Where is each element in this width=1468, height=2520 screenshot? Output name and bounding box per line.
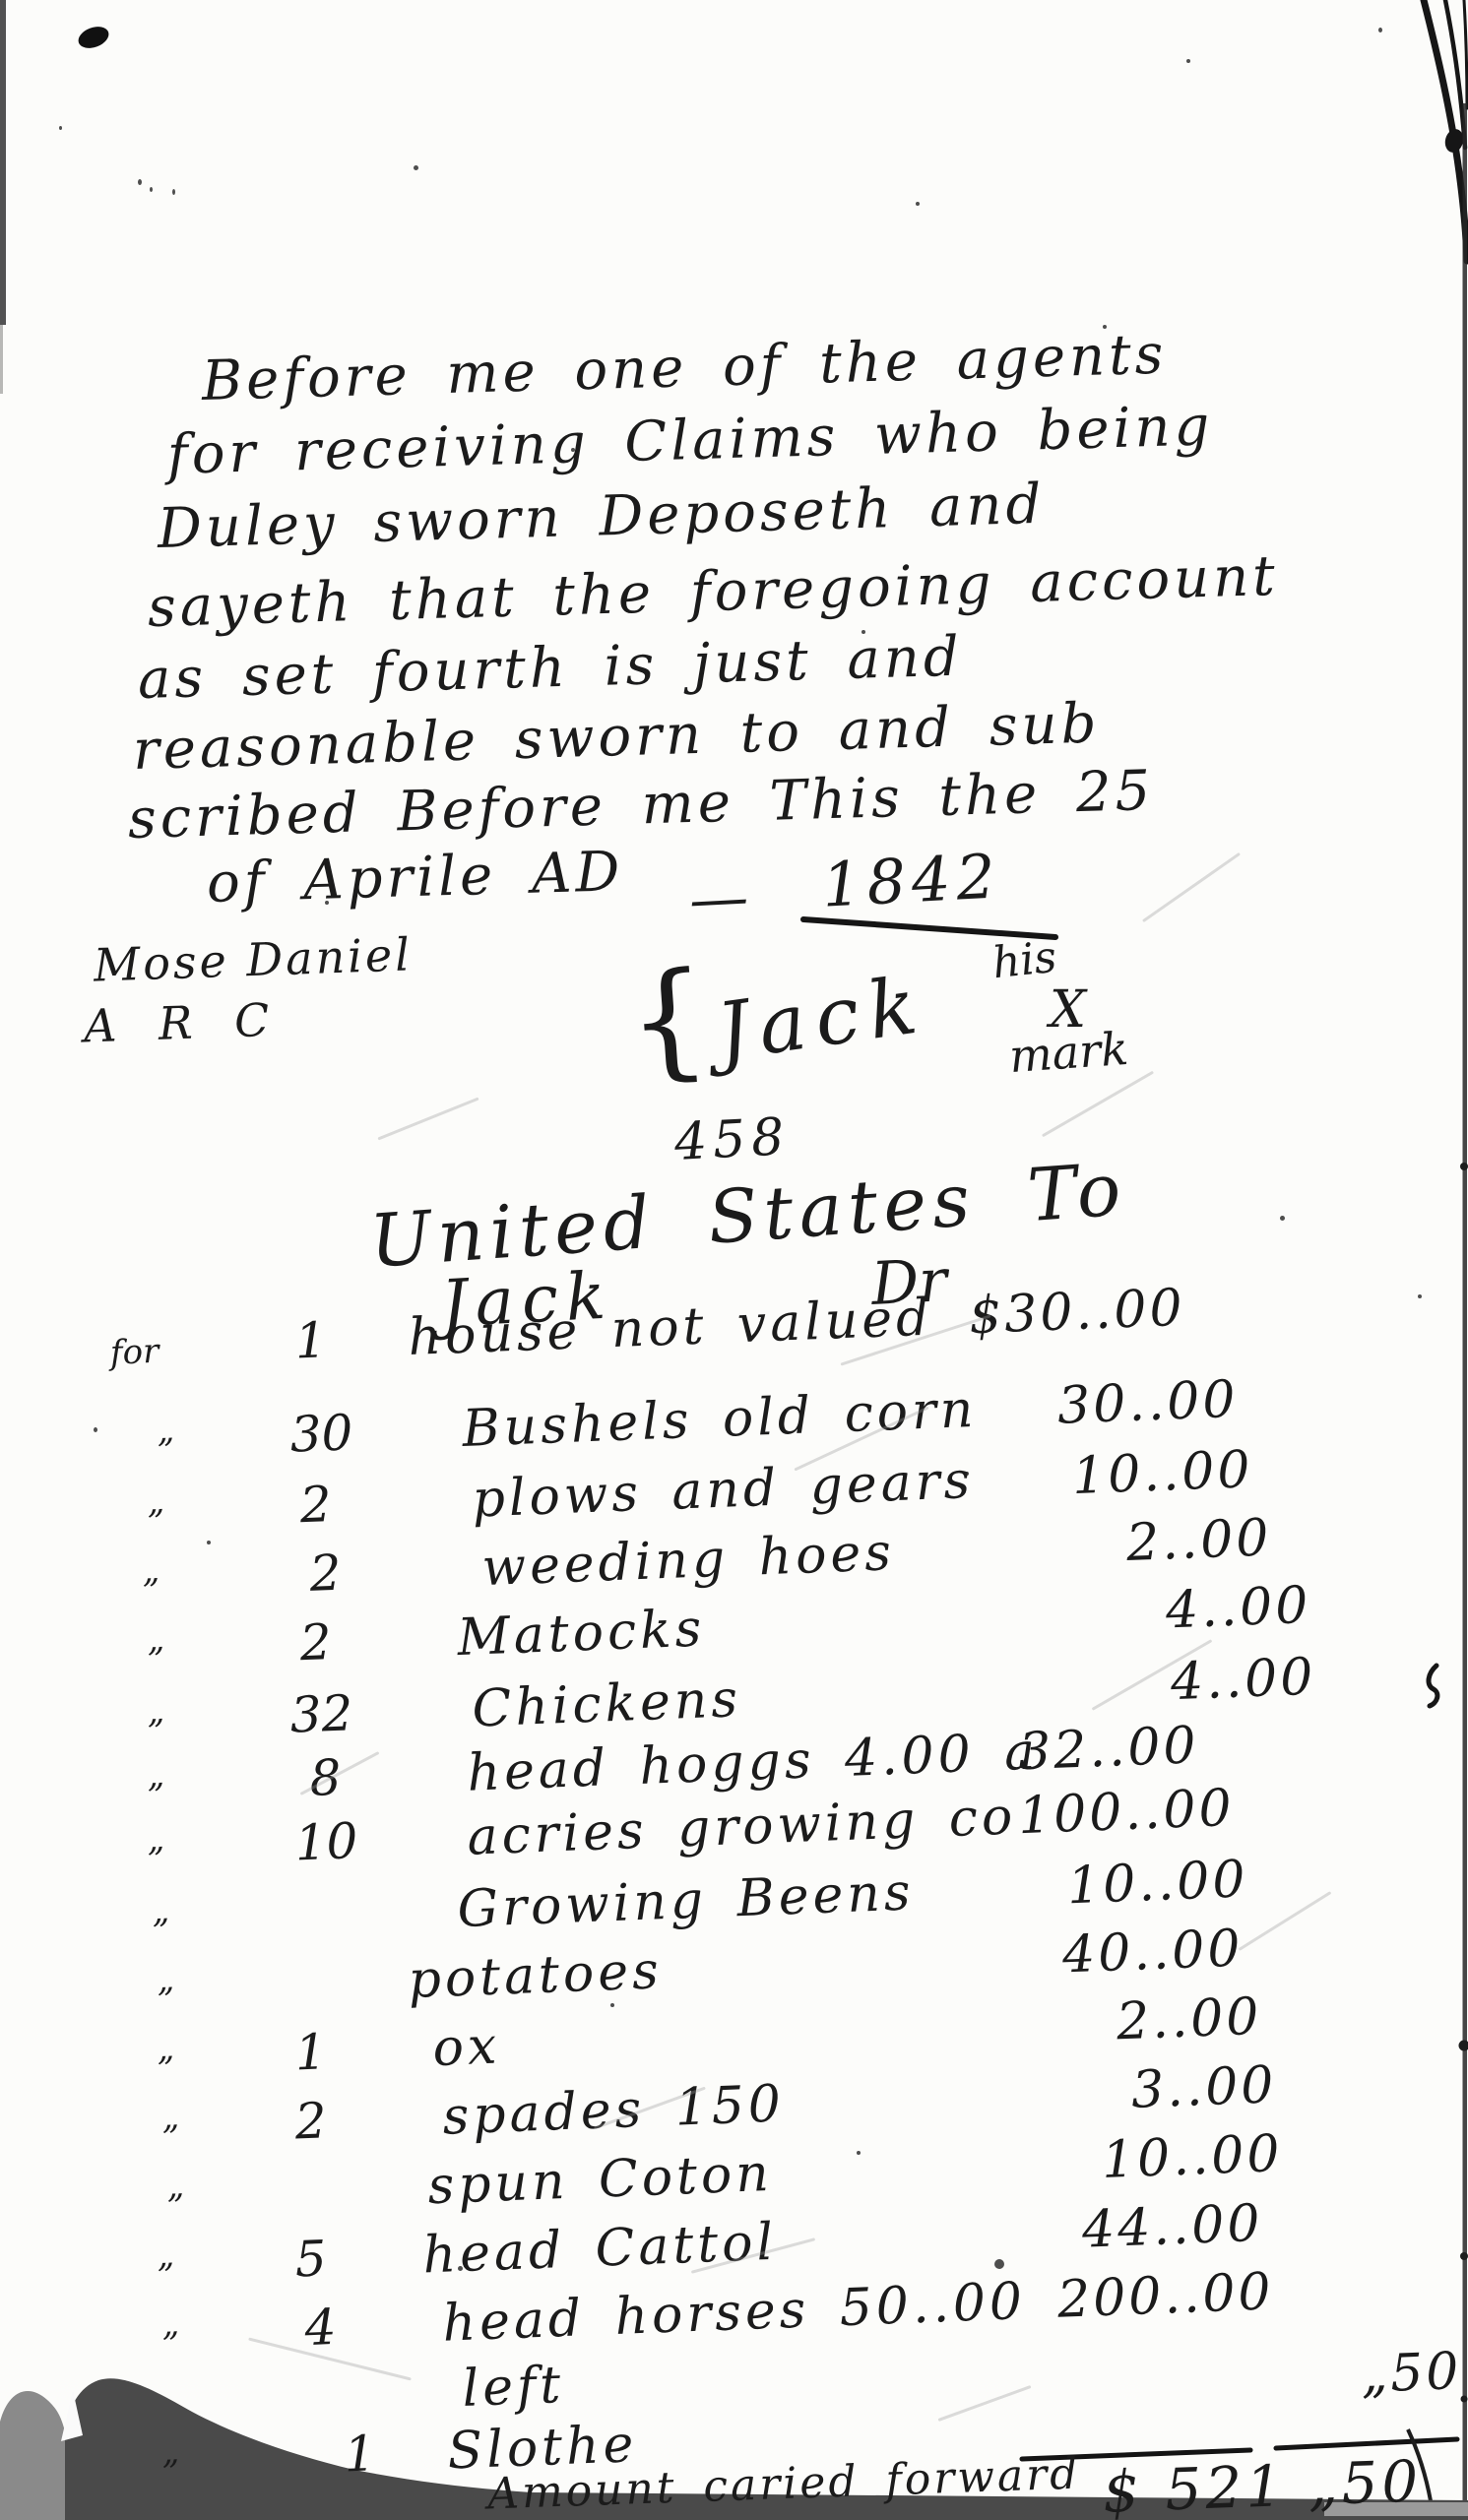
row-quantity: 1	[294, 2023, 328, 2081]
ink-speck	[862, 630, 865, 634]
row-quantity: 10	[294, 1812, 359, 1871]
page-curl-artifact	[1424, 0, 1467, 261]
row-marker: „	[147, 1482, 165, 1523]
row-description: head Cattol	[421, 2213, 778, 2286]
ink-speck	[59, 126, 62, 130]
row-quantity: 30	[289, 1404, 354, 1463]
row-marker: „	[147, 1692, 165, 1732]
ink-speck	[172, 189, 175, 195]
ink-speck	[965, 1472, 969, 1476]
row-value: 10..00	[1071, 1440, 1254, 1506]
date-year: 1842	[820, 840, 1002, 920]
ink-speck	[94, 1427, 97, 1432]
ink-speck	[458, 2266, 463, 2271]
ink-speck	[138, 179, 142, 185]
ink-speck	[857, 2151, 861, 2155]
ink-speck	[610, 2003, 614, 2007]
row-quantity: 32	[289, 1684, 354, 1743]
left-edge-artifact	[0, 0, 6, 325]
ink-speck	[1186, 59, 1190, 63]
row-description: ox	[431, 2016, 501, 2078]
row-value: 30..00	[1056, 1370, 1240, 1436]
date-dash: —	[687, 862, 750, 934]
ink-speck	[1378, 28, 1382, 32]
mark-label: mark	[1007, 1022, 1129, 1083]
row-description: spun Coton	[426, 2144, 773, 2216]
row-marker: „	[161, 2304, 180, 2345]
ink-speck	[150, 187, 153, 192]
ink-speck	[1280, 1216, 1285, 1221]
agent-signature: Mose Daniel	[93, 927, 414, 991]
row-description: Matocks	[456, 1600, 706, 1669]
row-value: 2..00	[1116, 1987, 1263, 2052]
row-marker: „	[142, 1551, 160, 1592]
row-marker: for	[109, 1332, 160, 1373]
row-marker: „	[157, 1960, 175, 2000]
row-value: 10..00	[1066, 1850, 1249, 1916]
ink-speck	[916, 202, 920, 206]
signature-brace: {	[623, 944, 714, 1096]
row-quantity: 1	[344, 2425, 377, 2483]
row-marker: „	[147, 1756, 165, 1796]
row-marker: „	[157, 1411, 175, 1451]
row-quantity: 2	[299, 1476, 333, 1534]
row-value: $30..00	[968, 1279, 1186, 1346]
ink-blob	[76, 23, 112, 52]
row-description: potatoes	[407, 1941, 663, 2010]
row-marker: „	[161, 2432, 180, 2473]
row-marker: „	[152, 1891, 170, 1931]
row-value: 200..00	[1056, 2262, 1275, 2329]
row-description: left	[461, 2356, 565, 2419]
row-value: 32..00	[1017, 1716, 1200, 1782]
row-value: 44..00	[1081, 2194, 1264, 2260]
row-description: Chickens	[471, 1669, 742, 1738]
ink-speck	[207, 1541, 211, 1544]
row-marker: „	[166, 2167, 185, 2207]
row-marker: „	[157, 2236, 175, 2276]
ink-speck	[1103, 325, 1107, 329]
row-value: 2..00	[1125, 1508, 1273, 1573]
ink-speck	[1418, 1294, 1422, 1298]
total-value: $ 521 „50	[1102, 2447, 1424, 2520]
row-value: „50	[1360, 2342, 1462, 2405]
row-value: 4..00	[1165, 1576, 1312, 1641]
row-marker: „	[147, 1620, 165, 1661]
claim-number: 458	[673, 1107, 792, 1172]
year-underline	[803, 919, 1055, 937]
scanned-document-page: Before me one of the agents for receivin…	[0, 0, 1468, 2520]
row-value: 10..00	[1101, 2124, 1284, 2190]
row-value: 100..00	[1017, 1779, 1236, 1846]
ink-speck	[325, 901, 329, 905]
row-marker: „	[147, 1820, 165, 1860]
ink-speck	[414, 165, 418, 170]
row-value: 40..00	[1061, 1920, 1245, 1985]
row-quantity: 2	[299, 1613, 333, 1671]
row-quantity: 1	[294, 1311, 328, 1369]
row-quantity: 2	[294, 2092, 328, 2150]
row-quantity: 2	[309, 1544, 343, 1603]
row-marker: „	[161, 2098, 180, 2138]
agent-initials: A R C	[83, 992, 284, 1052]
ink-speck	[994, 2259, 1004, 2269]
row-quantity: 4	[304, 2299, 338, 2357]
date-line-prefix: of Aprile AD	[206, 840, 624, 915]
row-marker: „	[157, 2029, 175, 2069]
row-value: 3..00	[1130, 2055, 1278, 2120]
row-description: spades 150	[441, 2074, 786, 2146]
row-value: 4..00	[1170, 1648, 1317, 1713]
ink-speck	[571, 448, 575, 452]
row-quantity: 5	[294, 2230, 328, 2288]
his-label: his	[990, 932, 1059, 989]
